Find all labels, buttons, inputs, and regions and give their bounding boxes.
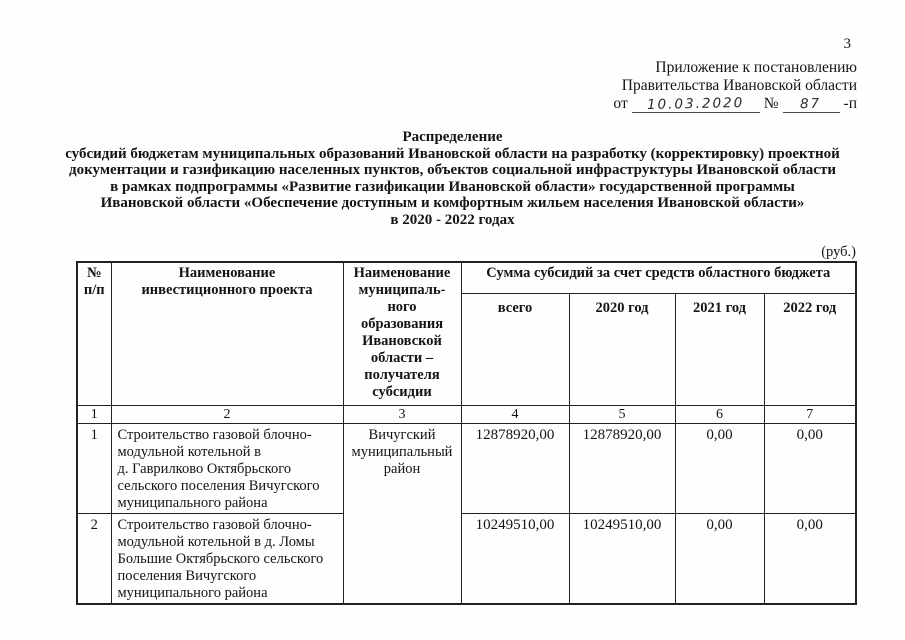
header-cell-2020: 2020 год bbox=[569, 293, 675, 405]
header-cell-municipality: Наименование муниципаль- ного образовани… bbox=[343, 262, 461, 405]
document-page: 3 Приложение к постановлению Правительст… bbox=[0, 0, 905, 640]
column-index-5: 5 bbox=[569, 405, 675, 423]
units-label: (руб.) bbox=[821, 244, 856, 261]
municipality-name: Вичугский муниципальный район bbox=[343, 423, 461, 604]
table-row: 2 Строительство газовой блочно- модульно… bbox=[77, 513, 856, 604]
number-blank: 87 bbox=[783, 96, 840, 113]
amount-2022: 0,00 bbox=[764, 423, 856, 513]
header-cell-project-name: Наименование инвестиционного проекта bbox=[111, 262, 343, 405]
page-number: 3 bbox=[844, 36, 852, 53]
column-index-1: 1 bbox=[77, 405, 111, 423]
column-index-6: 6 bbox=[675, 405, 764, 423]
column-numbering-row: 1 2 3 4 5 6 7 bbox=[77, 405, 856, 423]
header-cell-2022: 2022 год bbox=[764, 293, 856, 405]
project-description: Строительство газовой блочно- модульной … bbox=[111, 513, 343, 604]
row-number: 2 bbox=[77, 513, 111, 604]
number-sign: № bbox=[764, 95, 779, 112]
annex-date-line: от10.03.2020№87-п bbox=[613, 95, 857, 113]
header-cell-2021: 2021 год bbox=[675, 293, 764, 405]
date-prefix: от bbox=[613, 95, 627, 112]
annex-line-1: Приложение к постановлению bbox=[613, 59, 857, 77]
handwritten-number: 87 bbox=[800, 96, 821, 111]
amount-2021: 0,00 bbox=[675, 513, 764, 604]
header-cell-row-number: № п/п bbox=[77, 262, 111, 405]
header-cell-total: всего bbox=[461, 293, 569, 405]
document-title: Распределение субсидий бюджетам муниципа… bbox=[28, 129, 877, 229]
column-index-4: 4 bbox=[461, 405, 569, 423]
amount-total: 10249510,00 bbox=[461, 513, 569, 604]
table-header-row-top: № п/п Наименование инвестиционного проек… bbox=[77, 262, 856, 293]
column-index-3: 3 bbox=[343, 405, 461, 423]
amount-2020: 12878920,00 bbox=[569, 423, 675, 513]
handwritten-date: 10.03.2020 bbox=[647, 95, 745, 112]
number-suffix: -п bbox=[844, 95, 857, 112]
row-number: 1 bbox=[77, 423, 111, 513]
amount-2020: 10249510,00 bbox=[569, 513, 675, 604]
amount-2021: 0,00 bbox=[675, 423, 764, 513]
project-description: Строительство газовой блочно- модульной … bbox=[111, 423, 343, 513]
header-cell-subsidy-group: Сумма субсидий за счет средств областног… bbox=[461, 262, 856, 293]
table-row: 1 Строительство газовой блочно- модульно… bbox=[77, 423, 856, 513]
annex-line-2: Правительства Ивановской области bbox=[613, 77, 857, 95]
subsidies-table: № п/п Наименование инвестиционного проек… bbox=[76, 261, 857, 605]
amount-total: 12878920,00 bbox=[461, 423, 569, 513]
column-index-7: 7 bbox=[764, 405, 856, 423]
column-index-2: 2 bbox=[111, 405, 343, 423]
annex-block: Приложение к постановлению Правительства… bbox=[613, 59, 857, 113]
amount-2022: 0,00 bbox=[764, 513, 856, 604]
date-blank: 10.03.2020 bbox=[632, 96, 760, 113]
